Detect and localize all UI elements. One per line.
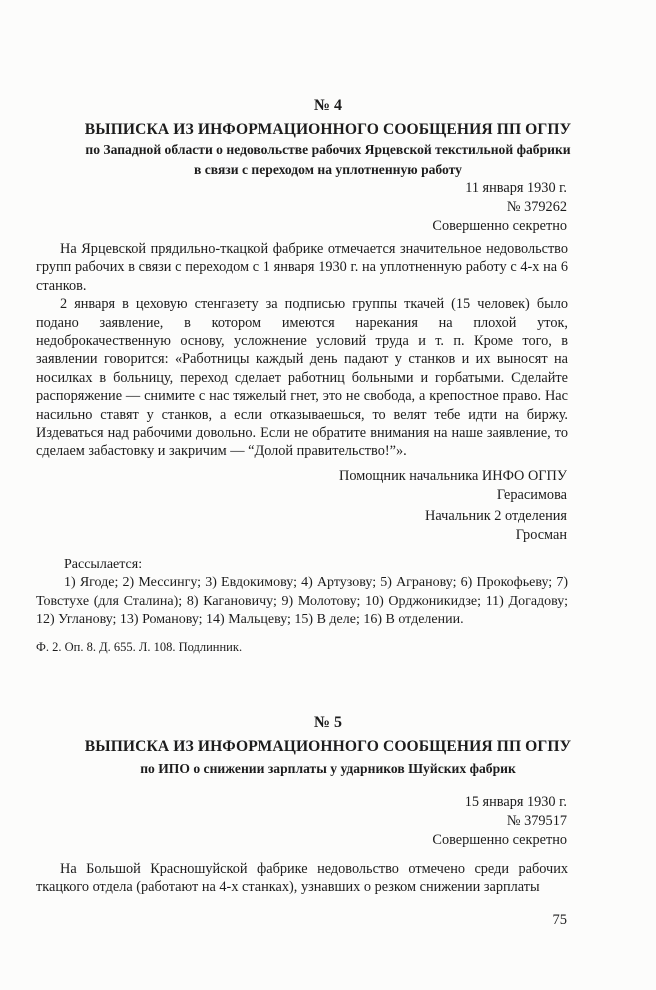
signature-position: Помощник начальника ИНФО ОГПУ [339, 467, 567, 486]
paragraph: На Большой Красношуйской фабрике недовол… [36, 860, 568, 897]
signature-block-2: Начальник 2 отделения Гросман [425, 507, 567, 545]
signature-name: Гросман [425, 526, 567, 545]
document-number: № 4 [0, 97, 656, 115]
distribution-list: 1) Ягоде; 2) Мессингу; 3) Евдокимову; 4)… [36, 574, 568, 629]
document-meta: 15 января 1930 г. № 379517 Совершенно се… [432, 793, 567, 850]
distribution-label: Рассылается: [36, 556, 568, 574]
document-subtitle-line-1: по Западной области о недовольстве рабоч… [0, 142, 656, 158]
document-title: ВЫПИСКА ИЗ ИНФОРМАЦИОННОГО СООБЩЕНИЯ ПП … [0, 738, 656, 756]
document-classification: Совершенно секретно [432, 217, 567, 236]
document-date: 15 января 1930 г. [432, 793, 567, 812]
paragraph: 2 января в цеховую стенгазету за подпись… [36, 295, 568, 461]
document-classification: Совершенно секретно [432, 831, 567, 850]
signature-block-1: Помощник начальника ИНФО ОГПУ Герасимова [339, 467, 567, 505]
document-meta: 11 января 1930 г. № 379262 Совершенно се… [432, 179, 567, 236]
document-subtitle-line-2: в связи с переходом на уплотненную работ… [0, 162, 656, 178]
paragraph: На Ярцевской прядильно-ткацкой фабрике о… [36, 240, 568, 295]
document-date: 11 января 1930 г. [432, 179, 567, 198]
document-reg-number: № 379517 [432, 812, 567, 831]
document-number: № 5 [0, 714, 656, 732]
document-subtitle-line-1: по ИПО о снижении зарплаты у ударников Ш… [0, 761, 656, 777]
signature-position: Начальник 2 отделения [425, 507, 567, 526]
distribution-block: Рассылается: 1) Ягоде; 2) Мессингу; 3) Е… [36, 556, 568, 630]
book-page: № 4 ВЫПИСКА ИЗ ИНФОРМАЦИОННОГО СООБЩЕНИЯ… [0, 0, 656, 990]
signature-name: Герасимова [339, 486, 567, 505]
archive-reference: Ф. 2. Оп. 8. Д. 655. Л. 108. Подлинник. [36, 640, 242, 655]
document-body: На Ярцевской прядильно-ткацкой фабрике о… [36, 240, 568, 461]
document-body: На Большой Красношуйской фабрике недовол… [36, 860, 568, 897]
document-reg-number: № 379262 [432, 198, 567, 217]
document-title: ВЫПИСКА ИЗ ИНФОРМАЦИОННОГО СООБЩЕНИЯ ПП … [0, 121, 656, 139]
page-number: 75 [553, 912, 568, 929]
